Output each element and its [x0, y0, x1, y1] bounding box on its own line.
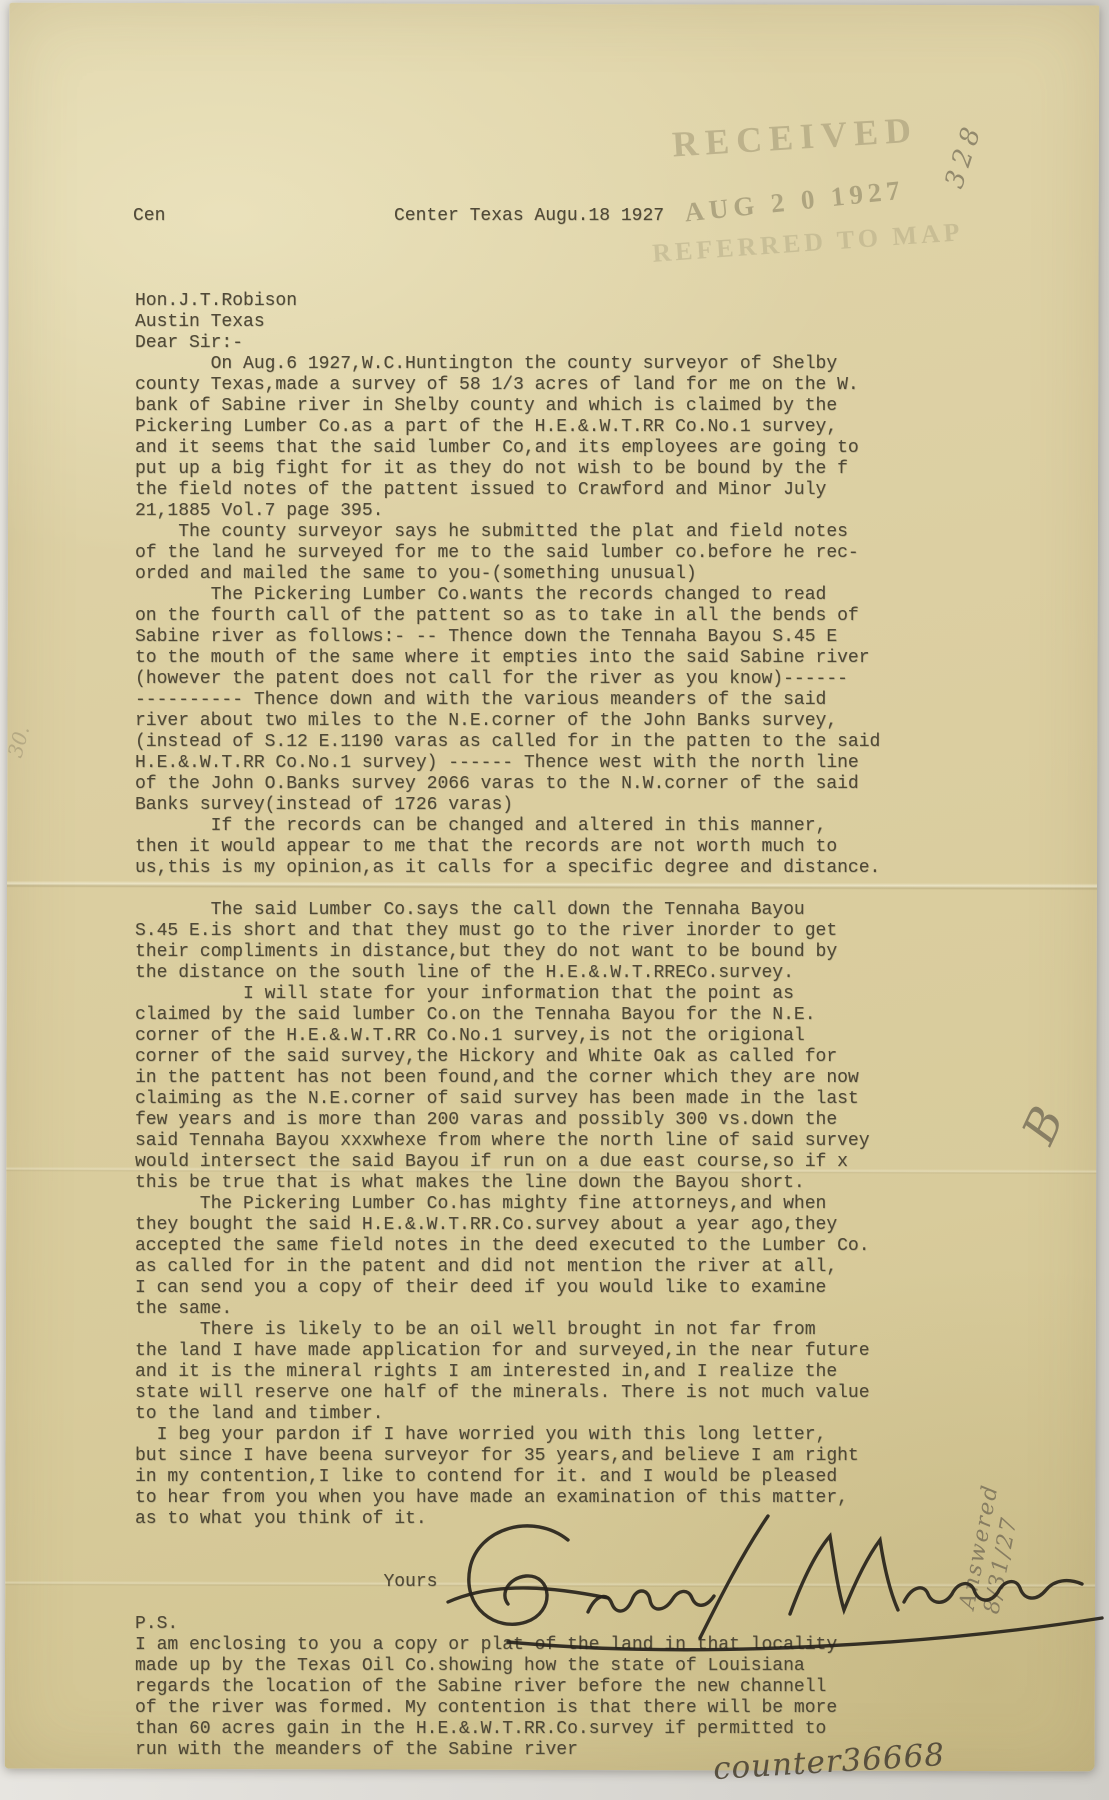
- dateline-date: Center Texas Augu.18 1927: [394, 206, 664, 226]
- scanned-letter-page: RECEIVED AUG 2 0 1927 REFERRED TO MAP 32…: [0, 0, 1109, 1800]
- letter-body: Hon.J.T.Robison Austin Texas Dear Sir:- …: [135, 291, 880, 1761]
- dateline-left-note: Cen: [133, 206, 165, 226]
